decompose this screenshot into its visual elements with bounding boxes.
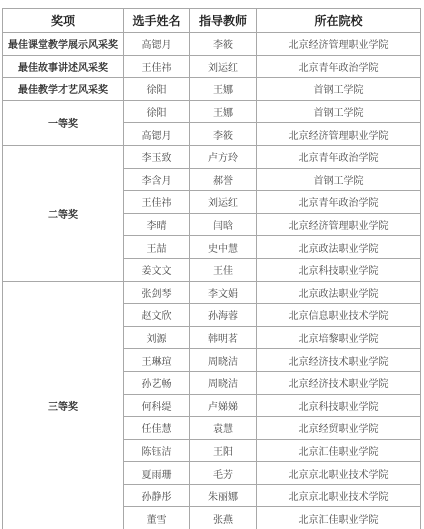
header-contestant: 选手姓名 <box>124 9 190 33</box>
instructor-cell: 韩明茗 <box>190 326 257 349</box>
instructor-cell: 李筱 <box>190 123 257 146</box>
contestant-cell: 李玉致 <box>124 145 190 168</box>
contestant-cell: 张剑琴 <box>124 281 190 304</box>
school-cell: 北京信息职业技术学院 <box>257 304 421 327</box>
instructor-cell: 袁慧 <box>190 417 257 440</box>
instructor-cell: 王佳 <box>190 258 257 281</box>
school-cell: 北京经济管理职业学院 <box>257 213 421 236</box>
table-row: 一等奖徐阳王娜首钢工学院 <box>3 100 421 123</box>
table-row: 最佳教学才艺风采奖徐阳王娜首钢工学院 <box>3 78 421 101</box>
school-cell: 北京经济管理职业学院 <box>257 33 421 56</box>
award-cell: 最佳课堂教学展示风采奖 <box>3 33 124 56</box>
school-cell: 首钢工学院 <box>257 78 421 101</box>
school-cell: 北京青年政治学院 <box>257 55 421 78</box>
instructor-cell: 周晓洁 <box>190 371 257 394</box>
table-body: 最佳课堂教学展示风采奖高锶月李筱北京经济管理职业学院最佳故事讲述风采奖王佳祎刘运… <box>3 33 421 529</box>
instructor-cell: 张燕 <box>190 507 257 529</box>
contestant-cell: 李晴 <box>124 213 190 236</box>
contestant-cell: 赵文欣 <box>124 304 190 327</box>
header-row: 奖项 选手姓名 指导教师 所在院校 <box>3 9 421 33</box>
contestant-cell: 陈钰洁 <box>124 439 190 462</box>
contestant-cell: 高锶月 <box>124 33 190 56</box>
contestant-cell: 姜文文 <box>124 258 190 281</box>
table-row: 最佳课堂教学展示风采奖高锶月李筱北京经济管理职业学院 <box>3 33 421 56</box>
instructor-cell: 刘运红 <box>190 55 257 78</box>
header-award: 奖项 <box>3 9 124 33</box>
school-cell: 首钢工学院 <box>257 100 421 123</box>
contestant-cell: 孙静彤 <box>124 484 190 507</box>
contestant-cell: 李含月 <box>124 168 190 191</box>
school-cell: 北京政法职业学院 <box>257 281 421 304</box>
contestant-cell: 任佳慧 <box>124 417 190 440</box>
header-instructor: 指导教师 <box>190 9 257 33</box>
instructor-cell: 周晓洁 <box>190 349 257 372</box>
instructor-cell: 卢娣娣 <box>190 394 257 417</box>
school-cell: 北京汇佳职业学院 <box>257 507 421 529</box>
instructor-cell: 刘运红 <box>190 191 257 214</box>
table-row: 最佳故事讲述风采奖王佳祎刘运红北京青年政治学院 <box>3 55 421 78</box>
school-cell: 北京经济技术职业学院 <box>257 349 421 372</box>
instructor-cell: 朱丽娜 <box>190 484 257 507</box>
contestant-cell: 董雪 <box>124 507 190 529</box>
school-cell: 北京经济技术职业学院 <box>257 371 421 394</box>
instructor-cell: 闫晗 <box>190 213 257 236</box>
school-cell: 北京京北职业技术学院 <box>257 462 421 485</box>
awards-table: 奖项 选手姓名 指导教师 所在院校 最佳课堂教学展示风采奖高锶月李筱北京经济管理… <box>2 8 421 529</box>
school-cell: 北京青年政治学院 <box>257 145 421 168</box>
instructor-cell: 王娜 <box>190 78 257 101</box>
header-school: 所在院校 <box>257 9 421 33</box>
award-cell: 一等奖 <box>3 100 124 145</box>
contestant-cell: 徐阳 <box>124 78 190 101</box>
school-cell: 北京京北职业技术学院 <box>257 484 421 507</box>
school-cell: 北京政法职业学院 <box>257 236 421 259</box>
instructor-cell: 史中慧 <box>190 236 257 259</box>
instructor-cell: 王阳 <box>190 439 257 462</box>
school-cell: 首钢工学院 <box>257 168 421 191</box>
contestant-cell: 高锶月 <box>124 123 190 146</box>
instructor-cell: 郝誉 <box>190 168 257 191</box>
school-cell: 北京经济管理职业学院 <box>257 123 421 146</box>
school-cell: 北京青年政治学院 <box>257 191 421 214</box>
award-cell: 二等奖 <box>3 145 124 281</box>
award-cell: 最佳故事讲述风采奖 <box>3 55 124 78</box>
contestant-cell: 王佳祎 <box>124 191 190 214</box>
contestant-cell: 徐阳 <box>124 100 190 123</box>
contestant-cell: 王琳瑄 <box>124 349 190 372</box>
contestant-cell: 夏雨珊 <box>124 462 190 485</box>
contestant-cell: 王佳祎 <box>124 55 190 78</box>
school-cell: 北京培黎职业学院 <box>257 326 421 349</box>
instructor-cell: 卢方玲 <box>190 145 257 168</box>
award-cell: 最佳教学才艺风采奖 <box>3 78 124 101</box>
instructor-cell: 李筱 <box>190 33 257 56</box>
school-cell: 北京汇佳职业学院 <box>257 439 421 462</box>
school-cell: 北京科技职业学院 <box>257 394 421 417</box>
contestant-cell: 刘源 <box>124 326 190 349</box>
instructor-cell: 李文娟 <box>190 281 257 304</box>
instructor-cell: 王娜 <box>190 100 257 123</box>
instructor-cell: 毛芳 <box>190 462 257 485</box>
instructor-cell: 孙海蓉 <box>190 304 257 327</box>
table-row: 三等奖张剑琴李文娟北京政法职业学院 <box>3 281 421 304</box>
award-cell: 三等奖 <box>3 281 124 529</box>
school-cell: 北京经贸职业学院 <box>257 417 421 440</box>
table-row: 二等奖李玉致卢方玲北京青年政治学院 <box>3 145 421 168</box>
contestant-cell: 孙艺畅 <box>124 371 190 394</box>
school-cell: 北京科技职业学院 <box>257 258 421 281</box>
contestant-cell: 王喆 <box>124 236 190 259</box>
contestant-cell: 何科缇 <box>124 394 190 417</box>
